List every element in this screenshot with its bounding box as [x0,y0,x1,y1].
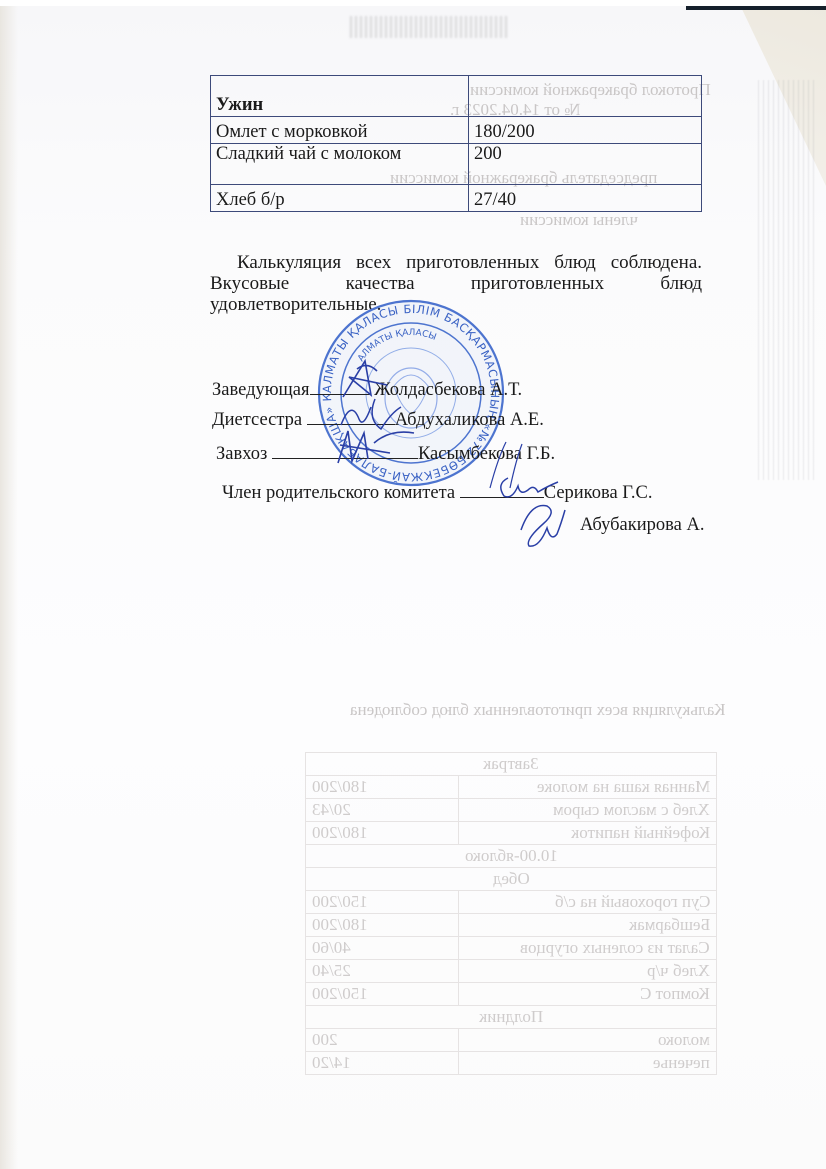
dish-name: Сладкий чай с молоком [211,144,469,185]
signature-row-head: Заведующая Жолдасбекова А.Т. [212,378,522,401]
signature-blank [272,442,418,459]
table-row: Хлеб б/р 27/40 [211,185,702,212]
meal-header: Ужин [211,76,469,117]
signature-row-parent-committee-2: Абубакирова А. [580,515,704,536]
role-label: Заведующая [212,380,310,400]
dinner-menu-table: Ужин Омлет с морковкой 180/200 Сладкий ч… [210,75,702,212]
dish-name: Омлет с морковкой [211,117,469,144]
scan-left-edge-shadow [0,6,18,1169]
scanner-streak [758,80,818,480]
signer-name: Серикова Г.С. [544,483,653,503]
dish-name: Хлеб б/р [211,185,469,212]
signature-blank [307,408,395,425]
portion-size: 180/200 [469,117,702,144]
signature-row-supply-manager: Завхоз Касымбекова Г.Б. [216,442,555,465]
signer-name: Касымбекова Г.Б. [418,444,555,464]
role-label: Диетсестра [212,410,302,430]
signature-row-parent-committee: Член родительского комитета Серикова Г.С… [222,481,653,504]
table-header-row: Ужин [211,76,702,117]
signer-name: Жолдасбекова А.Т. [374,380,522,400]
table-row: Сладкий чай с молоком 200 [211,144,702,185]
signer-name: Абдухаликова А.Е. [395,410,544,430]
scan-top-edge [686,6,826,10]
portion-size: 27/40 [469,185,702,212]
header-smudge [350,16,510,38]
role-label: Завхоз [216,444,267,464]
signature-row-dietitian: Диетсестра Абдухаликова А.Е. [212,408,544,431]
signer-name: Абубакирова А. [580,515,704,535]
signature-blank [460,481,544,498]
role-label: Член родительского комитета [222,483,455,503]
signature-blank [310,378,370,395]
portion-size: 200 [469,144,702,185]
empty-header-cell [469,76,702,117]
table-row: Омлет с морковкой 180/200 [211,117,702,144]
